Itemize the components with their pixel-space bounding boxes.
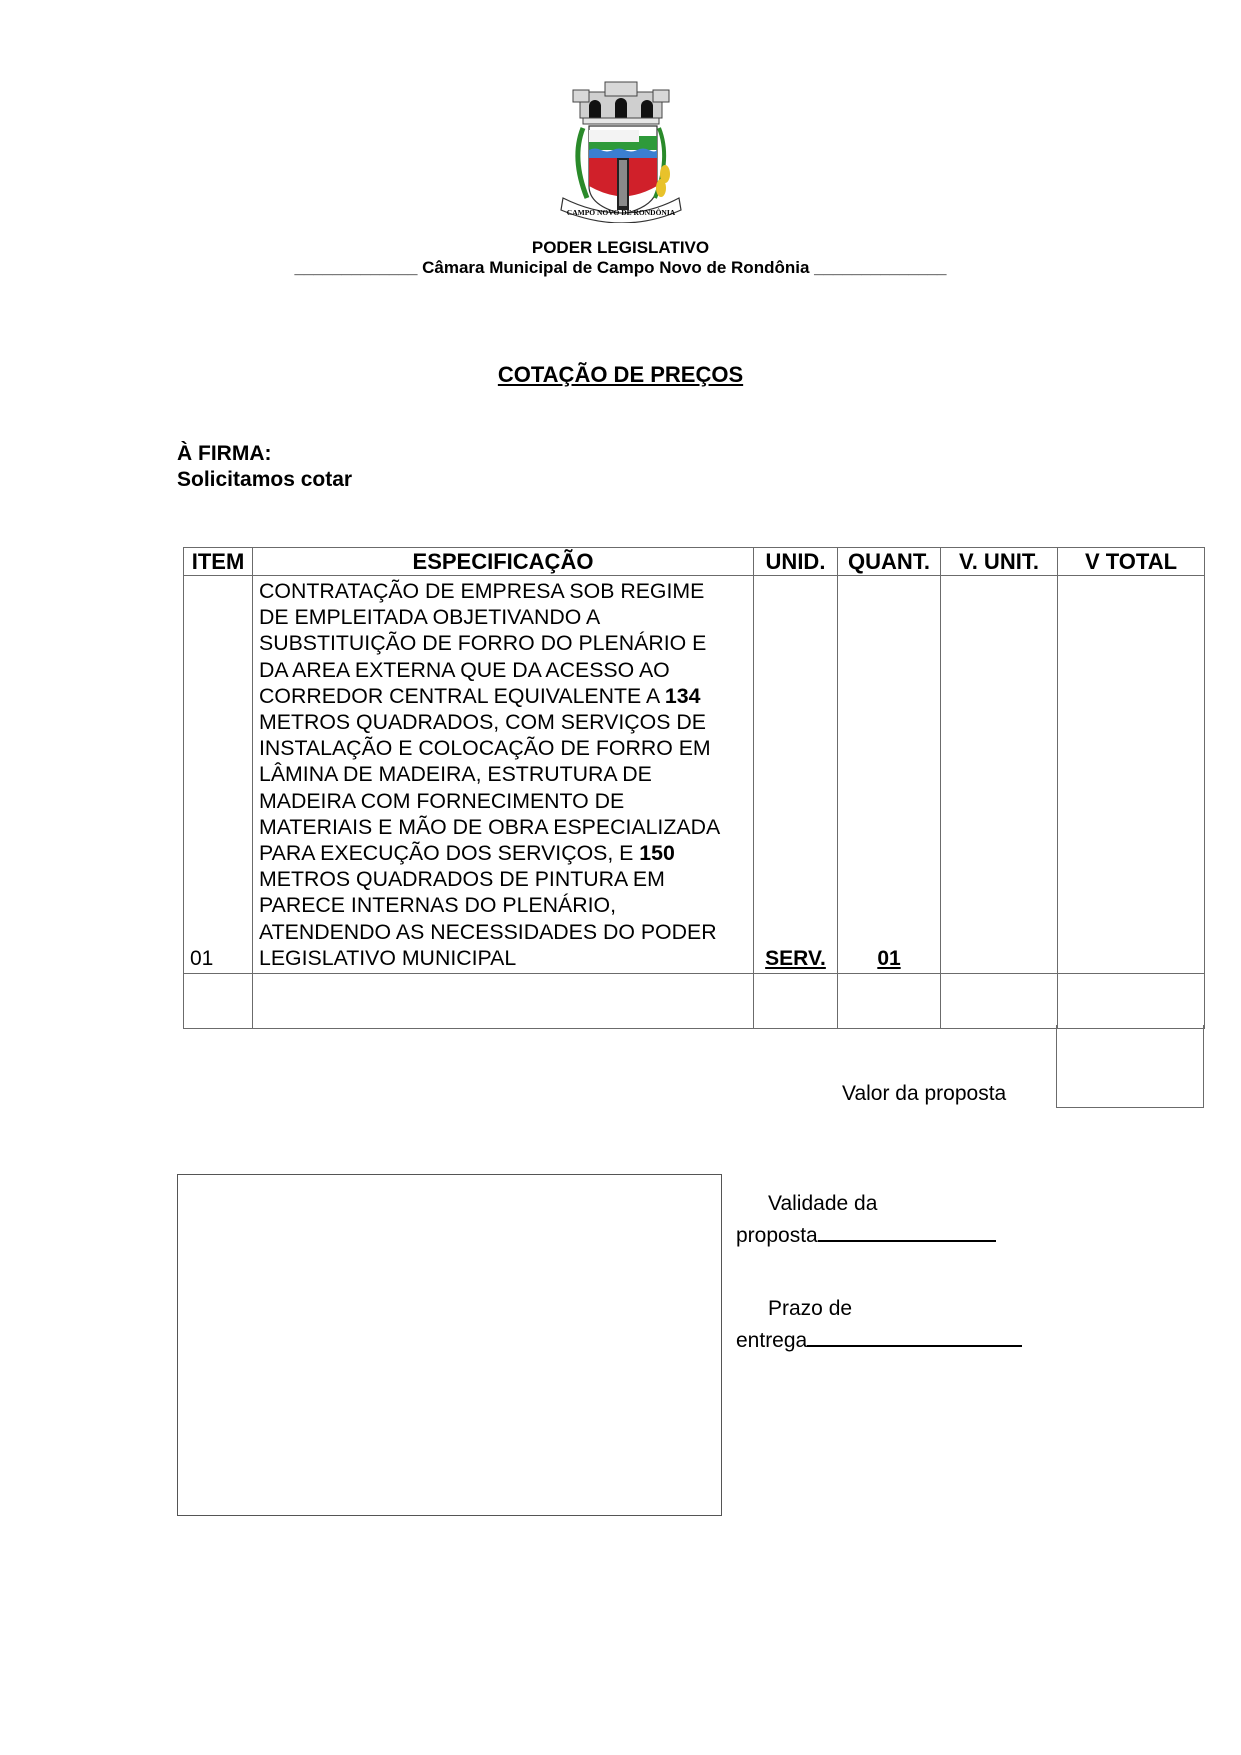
table-header-row: ITEM ESPECIFICAÇÃO UNID. QUANT. V. UNIT.… <box>184 548 1205 576</box>
delivery-label-cont: entrega <box>736 1329 807 1352</box>
pintura-area: 150 <box>639 841 675 865</box>
header-unit-value: V. UNIT. <box>941 548 1058 576</box>
svg-text:CAMPO NOVO DE RONDÔNIA: CAMPO NOVO DE RONDÔNIA <box>567 207 676 217</box>
total-price-field[interactable] <box>1058 576 1205 974</box>
specification-text[interactable] <box>253 974 754 1029</box>
quantity-value[interactable] <box>838 974 941 1029</box>
validity-label: Validade da <box>768 1192 877 1216</box>
document-title: COTAÇÃO DE PREÇOS <box>0 362 1241 388</box>
header-line-2: _____________ Câmara Municipal de Campo … <box>0 258 1241 278</box>
header-total-value: V TOTAL <box>1058 548 1205 576</box>
unit-price-field[interactable] <box>941 974 1058 1029</box>
header-unit: UNID. <box>754 548 838 576</box>
addressee-label: À FIRMA: <box>177 442 271 466</box>
delivery-field[interactable] <box>807 1324 1022 1347</box>
validity-field-row: proposta <box>736 1219 996 1248</box>
header-quantity: QUANT. <box>838 548 941 576</box>
header-specification: ESPECIFICAÇÃO <box>253 548 754 576</box>
unit-price-field[interactable] <box>941 576 1058 974</box>
validity-field[interactable] <box>818 1219 996 1242</box>
table-row: 01 CONTRATAÇÃO DE EMPRESA SOB REGIME DE … <box>184 576 1205 974</box>
unit-value: SERV. <box>754 576 838 974</box>
unit-value[interactable] <box>754 974 838 1029</box>
forro-area: 134 <box>665 684 701 708</box>
header-line-1: PODER LEGISLATIVO <box>0 238 1241 258</box>
total-price-field[interactable] <box>1058 974 1205 1029</box>
coat-of-arms-icon: CAMPO NOVO DE RONDÔNIA <box>553 78 688 223</box>
quotation-table: ITEM ESPECIFICAÇÃO UNID. QUANT. V. UNIT.… <box>183 547 1205 1029</box>
proposal-value-label: Valor da proposta <box>842 1082 1006 1106</box>
delivery-label: Prazo de <box>768 1297 852 1321</box>
item-number[interactable] <box>184 974 253 1029</box>
quantity-value: 01 <box>838 576 941 974</box>
item-number: 01 <box>184 576 253 974</box>
table-row <box>184 974 1205 1029</box>
header-item: ITEM <box>184 548 253 576</box>
specification-text: CONTRATAÇÃO DE EMPRESA SOB REGIME DE EMP… <box>253 576 754 974</box>
delivery-field-row: entrega <box>736 1324 1022 1353</box>
request-text: Solicitamos cotar <box>177 468 352 492</box>
proposal-value-field[interactable] <box>1056 1025 1204 1108</box>
stamp-signature-box[interactable] <box>177 1174 722 1516</box>
validity-label-cont: proposta <box>736 1224 818 1247</box>
